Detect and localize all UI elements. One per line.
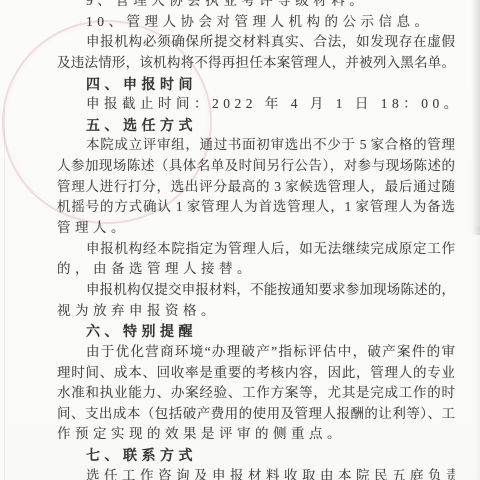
doc-line-forfeit-2: 视为放弃申报资格。 bbox=[57, 301, 455, 322]
doc-line-warning-2: 及违法情形，该机构将不得再担任本案管理人，并被列入黑名单。 bbox=[57, 53, 455, 74]
section-heading-contact-info: 七、联系方式 bbox=[57, 445, 455, 466]
doc-line-reminder-4: 间、支出成本（包括破产费用的使用及管理人报酬的让利等）、工 bbox=[57, 404, 455, 425]
scanned-document-page: 9、管理人协会执业考评等级材料。 10、管理人协会对管理人机构的公示信息。 申报… bbox=[0, 0, 480, 480]
doc-line-selection-3: 管理人进行打分，选出评分最高的 3 家候选管理人，最后通过随 bbox=[57, 177, 455, 198]
doc-line-contact: 选任工作咨询及申报材料收取由本院民五庭负责。 bbox=[57, 466, 455, 480]
doc-line-reminder-5: 作预定实现的效果是评审的侧重点。 bbox=[57, 424, 455, 445]
doc-line-selection-1: 本院成立评审组，通过书面初审选出不少于 5 家合格的管理 bbox=[57, 135, 455, 156]
doc-line-deadline: 申报截止时间：2022 年 4 月 1 日 18：00。 bbox=[57, 94, 455, 115]
doc-line-selection-5: 管理人。 bbox=[57, 218, 455, 239]
doc-line-selection-2: 人参加现场陈述（具体名单及时间另行公告），对参与现场陈述的 bbox=[57, 156, 455, 177]
doc-line-forfeit-1: 申报机构仅提交申报材料，不能按通知要求参加现场陈述的， bbox=[57, 280, 455, 301]
document-body: 9、管理人协会执业考评等级材料。 10、管理人协会对管理人机构的公示信息。 申报… bbox=[57, 0, 455, 480]
doc-line-reminder-1: 由于优化营商环境“办理破产”指标评估中，破产案件的审 bbox=[57, 342, 455, 363]
doc-line-clipped-item-9: 9、管理人协会执业考评等级材料。 bbox=[57, 0, 455, 12]
doc-line-reminder-3: 水准和执业能力、办案经验、工作方案等，尤其是完成工作的时 bbox=[57, 383, 455, 404]
doc-line-warning-1: 申报机构必须确保所提交材料真实、合法，如发现存在虚假 bbox=[57, 32, 455, 53]
section-heading-declaration-time: 四、申报时间 bbox=[57, 74, 455, 95]
section-heading-special-reminder: 六、特别提醒 bbox=[57, 321, 455, 342]
doc-line-replacement-2: 的，由备选管理人接替。 bbox=[57, 259, 455, 280]
doc-line-selection-4: 机摇号的方式确认 1 家管理人为首选管理人，1 家管理人为备选 bbox=[57, 197, 455, 218]
doc-line-item-10: 10、管理人协会对管理人机构的公示信息。 bbox=[57, 12, 455, 33]
scan-edge-shadow-soft bbox=[474, 225, 480, 480]
section-heading-selection-method: 五、选任方式 bbox=[57, 115, 455, 136]
scan-fold-line bbox=[4, 110, 5, 480]
doc-line-replacement-1: 申报机构经本院指定为管理人后，如无法继续完成原定工作 bbox=[57, 239, 455, 260]
doc-line-reminder-2: 理时间、成本、回收率是重要的考核内容，因此，管理人的专业 bbox=[57, 363, 455, 384]
scan-edge-shadow bbox=[471, 0, 480, 235]
